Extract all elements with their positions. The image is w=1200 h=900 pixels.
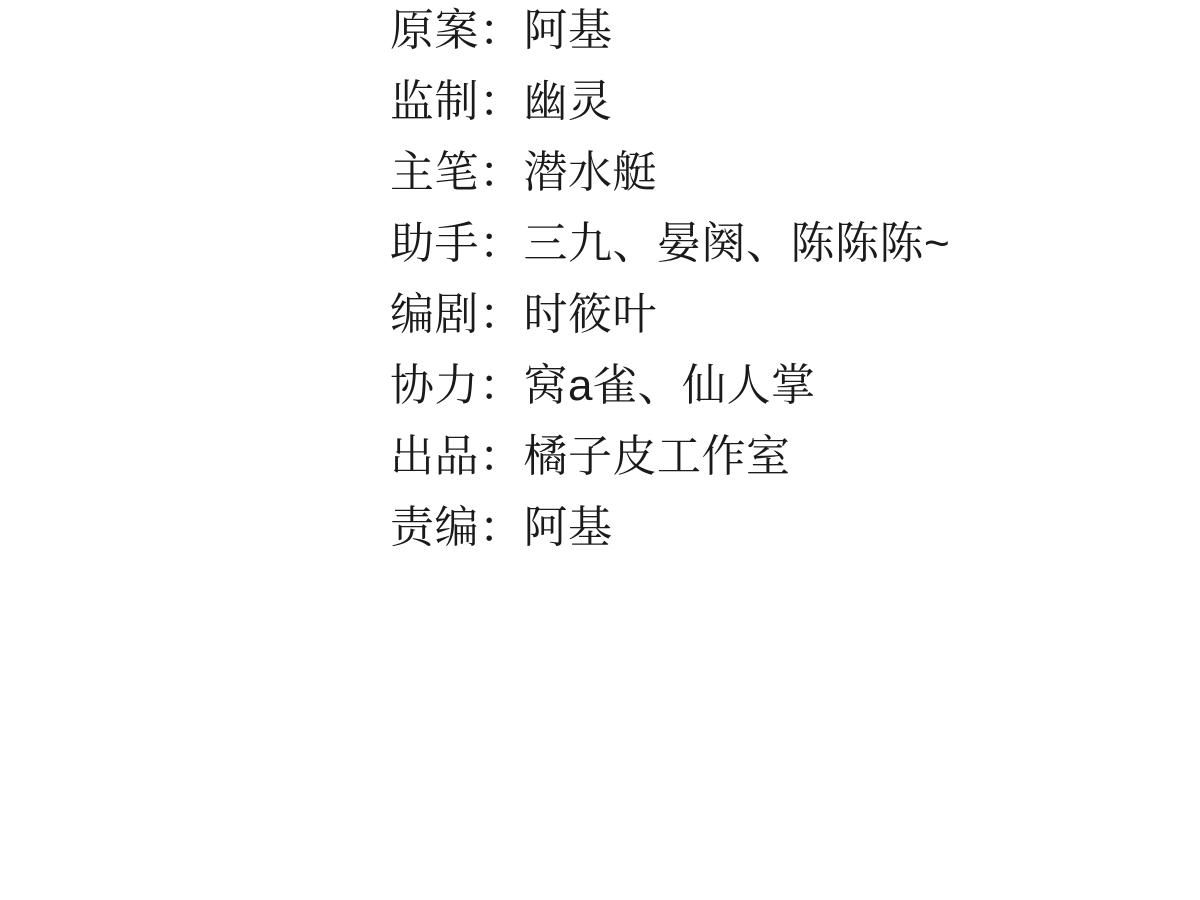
credit-role: 责编：: [390, 492, 524, 563]
credit-line: 责编：阿基: [390, 492, 950, 563]
credit-value: 窝a雀、仙人掌: [524, 350, 816, 421]
credit-value: 时筱叶: [524, 279, 658, 350]
credits-block: 原案：阿基 监制：幽灵 主笔：潜水艇 助手：三九、晏阕、陈陈陈~ 编剧：时筱叶 …: [390, 0, 950, 563]
credit-line: 主笔：潜水艇: [390, 137, 950, 208]
credit-line: 编剧：时筱叶: [390, 279, 950, 350]
credit-role: 原案：: [390, 0, 524, 66]
credit-role: 主笔：: [390, 137, 524, 208]
credit-value: 幽灵: [524, 66, 613, 137]
credit-value: 橘子皮工作室: [524, 421, 791, 492]
credit-role: 编剧：: [390, 279, 524, 350]
credit-role: 助手：: [390, 208, 524, 279]
credit-role: 协力：: [390, 350, 524, 421]
credit-line: 助手：三九、晏阕、陈陈陈~: [390, 208, 950, 279]
credit-role: 出品：: [390, 421, 524, 492]
credit-value: 三九、晏阕、陈陈陈~: [524, 208, 951, 279]
credit-role: 监制：: [390, 66, 524, 137]
credit-line: 协力：窝a雀、仙人掌: [390, 350, 950, 421]
credit-line: 监制：幽灵: [390, 66, 950, 137]
credit-line: 原案：阿基: [390, 0, 950, 66]
credit-line: 出品：橘子皮工作室: [390, 421, 950, 492]
credit-value: 阿基: [524, 0, 613, 66]
credit-value: 潜水艇: [524, 137, 658, 208]
credit-value: 阿基: [524, 492, 613, 563]
